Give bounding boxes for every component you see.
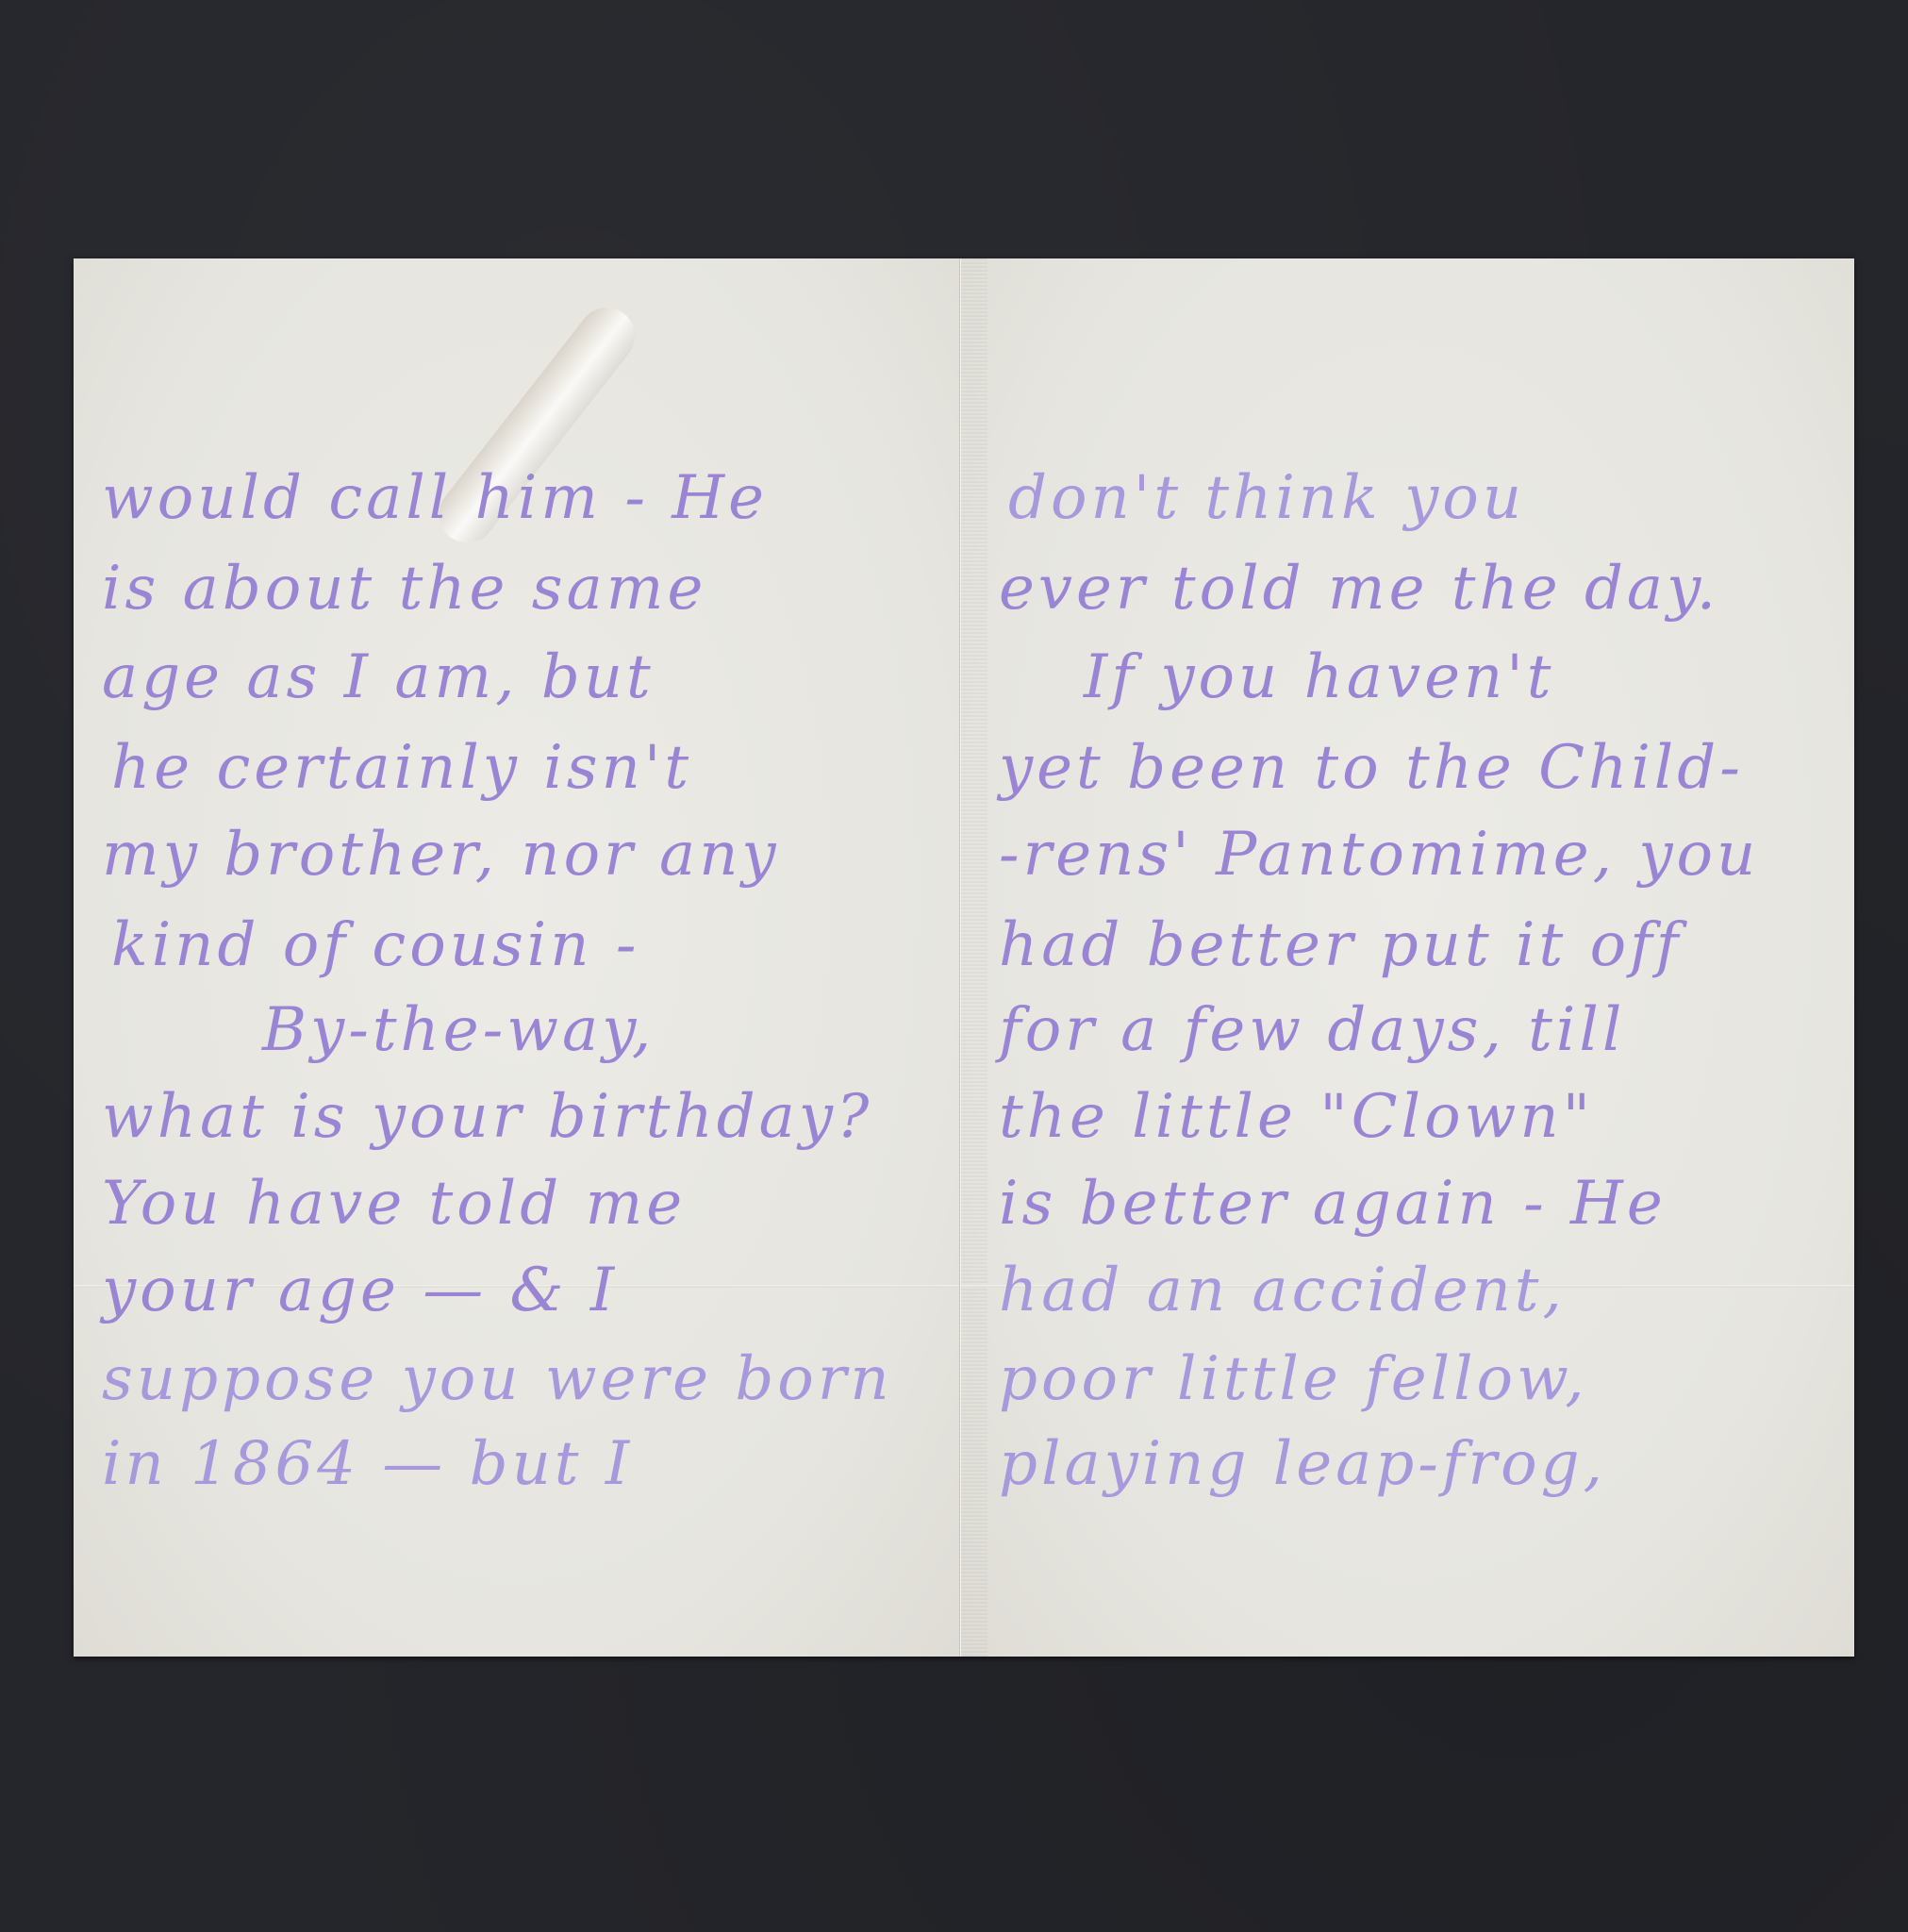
letter-line: had an accident, — [999, 1260, 1566, 1321]
right-page: don't think you ever told me the day. If… — [960, 258, 1854, 1657]
letter-line: kind of cousin - — [111, 915, 639, 975]
letter-line: my brother, nor any — [102, 824, 780, 885]
letter-line: age as I am, but — [102, 647, 655, 708]
letter-line: what is your birthday? — [102, 1087, 872, 1147]
letter-line: in 1864 — but I — [102, 1434, 633, 1494]
letter-line: ever told me the day. — [999, 558, 1719, 619]
letter-line: for a few days, till — [999, 1000, 1625, 1060]
letter-line: You have told me — [102, 1174, 686, 1234]
letter-line: is about the same — [102, 558, 706, 619]
left-page: would call him - He is about the same ag… — [74, 258, 960, 1657]
letter-line: suppose you were born — [102, 1349, 893, 1409]
letter-line: is better again - He — [999, 1174, 1667, 1234]
letter-line: yet been to the Child- — [999, 738, 1744, 798]
letter-line: -rens' Pantomime, you — [999, 824, 1759, 885]
letter-line: By-the-way, — [262, 1000, 655, 1060]
letter-line: playing leap-frog, — [999, 1434, 1606, 1494]
letter-line: would call him - He — [102, 468, 768, 528]
letter-line: don't think you — [1008, 468, 1525, 528]
letter-line: If you haven't — [1084, 647, 1555, 708]
letter-line: your age — & I — [102, 1260, 618, 1321]
letter-line: poor little fellow, — [999, 1349, 1588, 1409]
letter-line: had better put it off — [999, 915, 1682, 975]
letter-line: the little "Clown" — [999, 1087, 1594, 1147]
letter-sheet: would call him - He is about the same ag… — [74, 258, 1854, 1657]
letter-line: he certainly isn't — [111, 738, 692, 798]
